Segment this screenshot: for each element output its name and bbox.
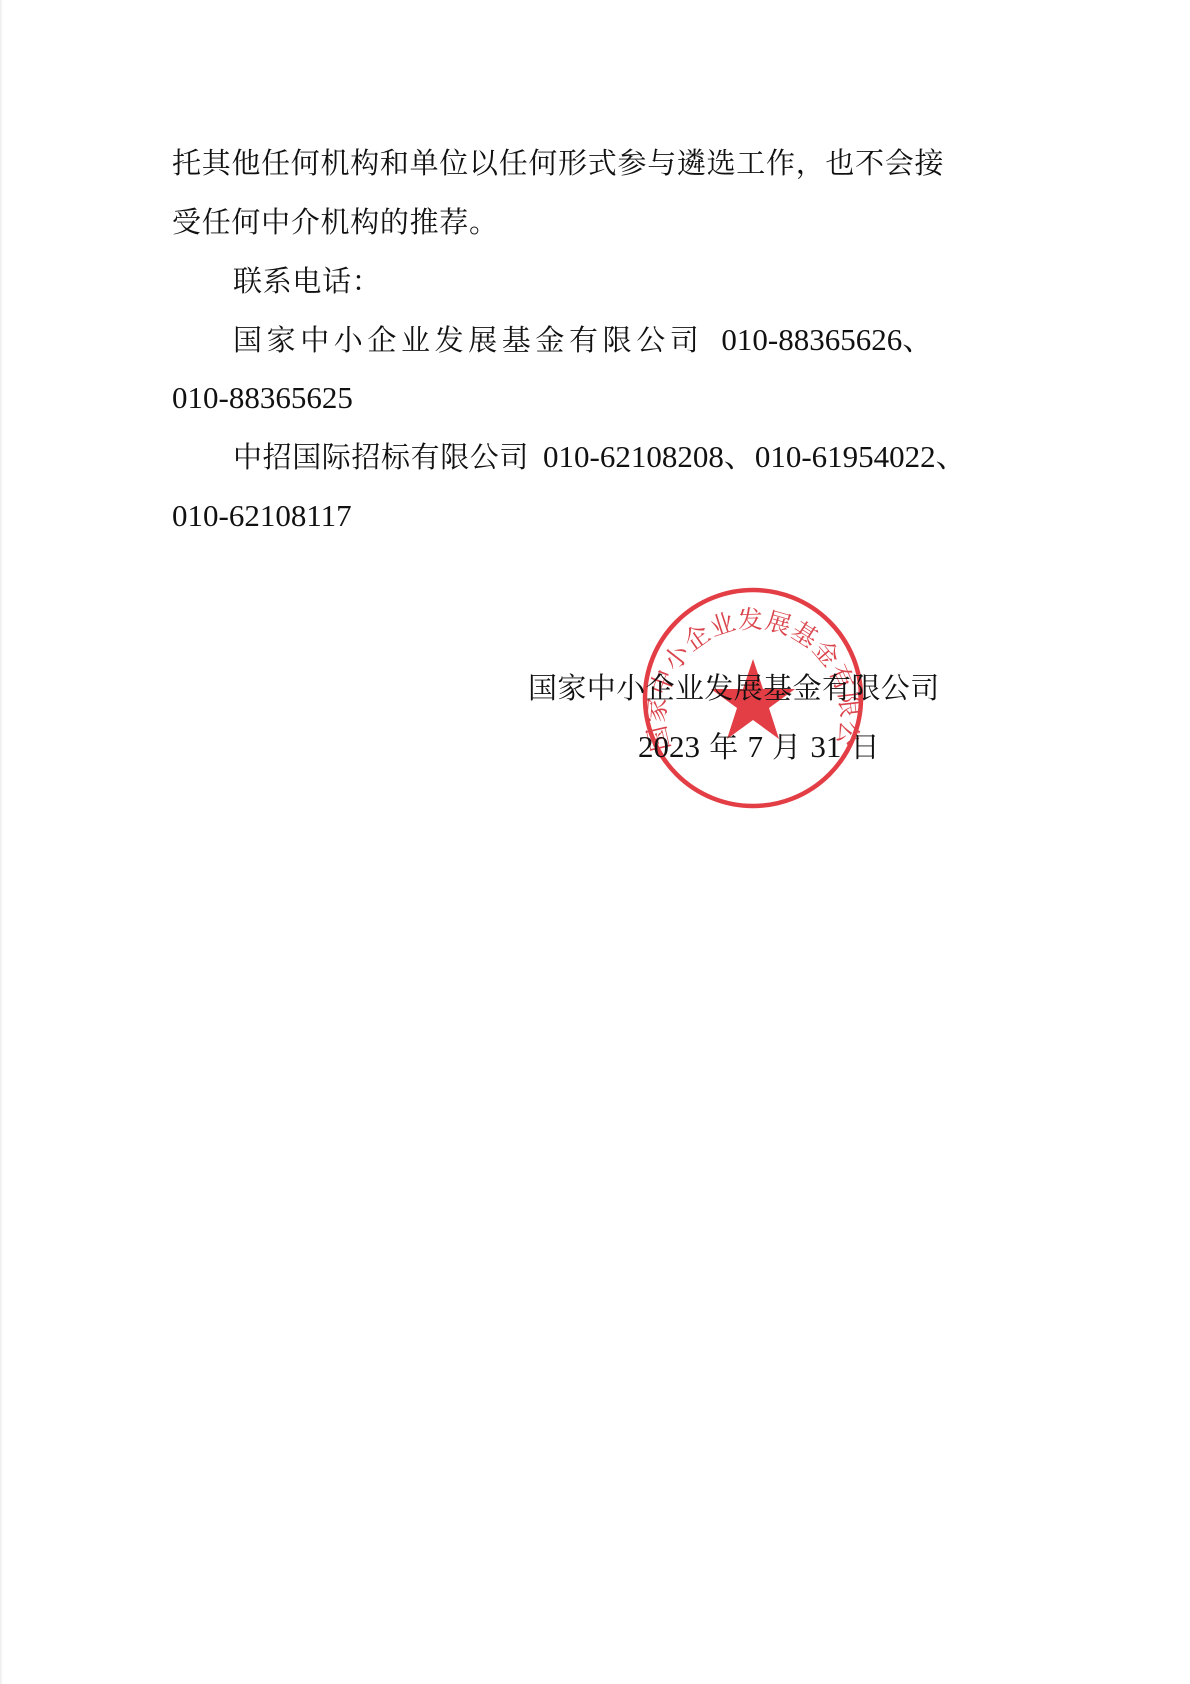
contact-phone: 010-88365625 — [172, 380, 353, 415]
paragraph-line-2: 受任何中介机构的推荐。 — [172, 202, 499, 242]
contact-entry-1-continued: 010-88365625 — [172, 378, 353, 418]
contact-entry-2-continued: 010-62108117 — [172, 496, 352, 536]
date-day-unit: 日 — [851, 730, 880, 764]
contact-heading-text: 联系电话： — [233, 264, 382, 298]
contact-heading: 联系电话： — [233, 261, 382, 301]
date-month: 7 — [747, 729, 763, 764]
paragraph-text: 受任何中介机构的推荐。 — [172, 205, 499, 239]
signature-date: 2023 年 7 月 31 日 — [638, 727, 880, 767]
contact-phone: 010-88365626、 — [721, 322, 933, 357]
contact-entry-1: 国家中小企业发展基金有限公司010-88365626、 — [233, 320, 933, 360]
scan-page-edge — [0, 0, 3, 1684]
paragraph-line-1: 托其他任何机构和单位以任何形式参与遴选工作，也不会接 — [172, 143, 944, 183]
date-month-unit: 月 — [772, 730, 801, 764]
date-year: 2023 — [638, 729, 700, 764]
signature-organization: 国家中小企业发展基金有限公司 — [528, 668, 940, 708]
date-year-unit: 年 — [709, 730, 738, 764]
signature-org-text: 国家中小企业发展基金有限公司 — [528, 671, 940, 705]
contact-phone: 010-62108208、010-61954022、 — [543, 439, 967, 474]
paragraph-text: 托其他任何机构和单位以任何形式参与遴选工作，也不会接 — [172, 146, 944, 180]
contact-org-name: 国家中小企业发展基金有限公司 — [233, 323, 703, 357]
contact-org-name: 中招国际招标有限公司 — [233, 440, 529, 474]
contact-phone: 010-62108117 — [172, 498, 352, 533]
contact-entry-2: 中招国际招标有限公司010-62108208、010-61954022、 — [233, 437, 967, 477]
date-day: 31 — [810, 729, 841, 764]
